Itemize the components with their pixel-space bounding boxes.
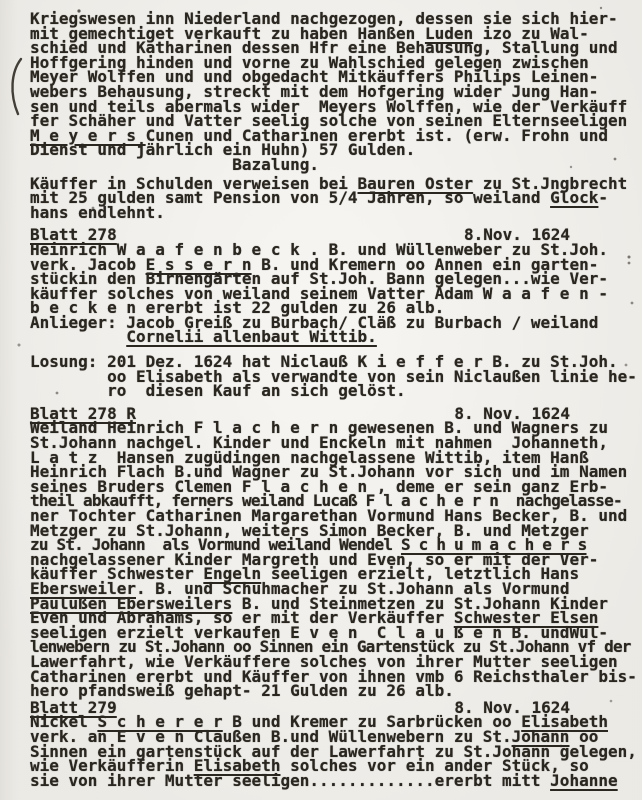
text-segment: - (598, 188, 608, 207)
document-line: sie von ihrer Mutter seeligen...........… (30, 774, 642, 789)
handwritten-parenthesis-mark (6, 56, 26, 118)
text-segment: hans endlehnt. (30, 203, 165, 222)
document-text: Kriegswesen inn Niederland nachgezogen, … (30, 12, 642, 788)
document-line: hans endlehnt. (30, 206, 642, 221)
document-line: Cornelii allenbaut Wittib. (30, 330, 642, 345)
text-segment: Dienst und jährlich ein Huhn) 57 Gulden. (30, 140, 415, 159)
text-segment: sie von ihrer Mutter seeligen...........… (30, 771, 550, 790)
document-line: hero pfandsweiß gehapt- 21 Gulden zu 26 … (30, 684, 642, 699)
text-segment: Bazalung. (232, 155, 319, 174)
underlined-text: Johanne (550, 771, 617, 790)
underlined-text: Cornelii allenbaut Wittib. (126, 327, 376, 346)
scanned-document-page: Kriegswesen inn Niederland nachgezogen, … (0, 0, 642, 800)
scan-noise-specks (0, 0, 2, 2)
underlined-text: Glock (550, 188, 598, 207)
document-line: Bazalung. (30, 158, 642, 173)
text-segment: ro diesen Kauf an sich gelöst. (107, 381, 406, 400)
document-line: ro diesen Kauf an sich gelöst. (30, 384, 642, 399)
document-line: Dienst und jährlich ein Huhn) 57 Gulden. (30, 143, 642, 158)
